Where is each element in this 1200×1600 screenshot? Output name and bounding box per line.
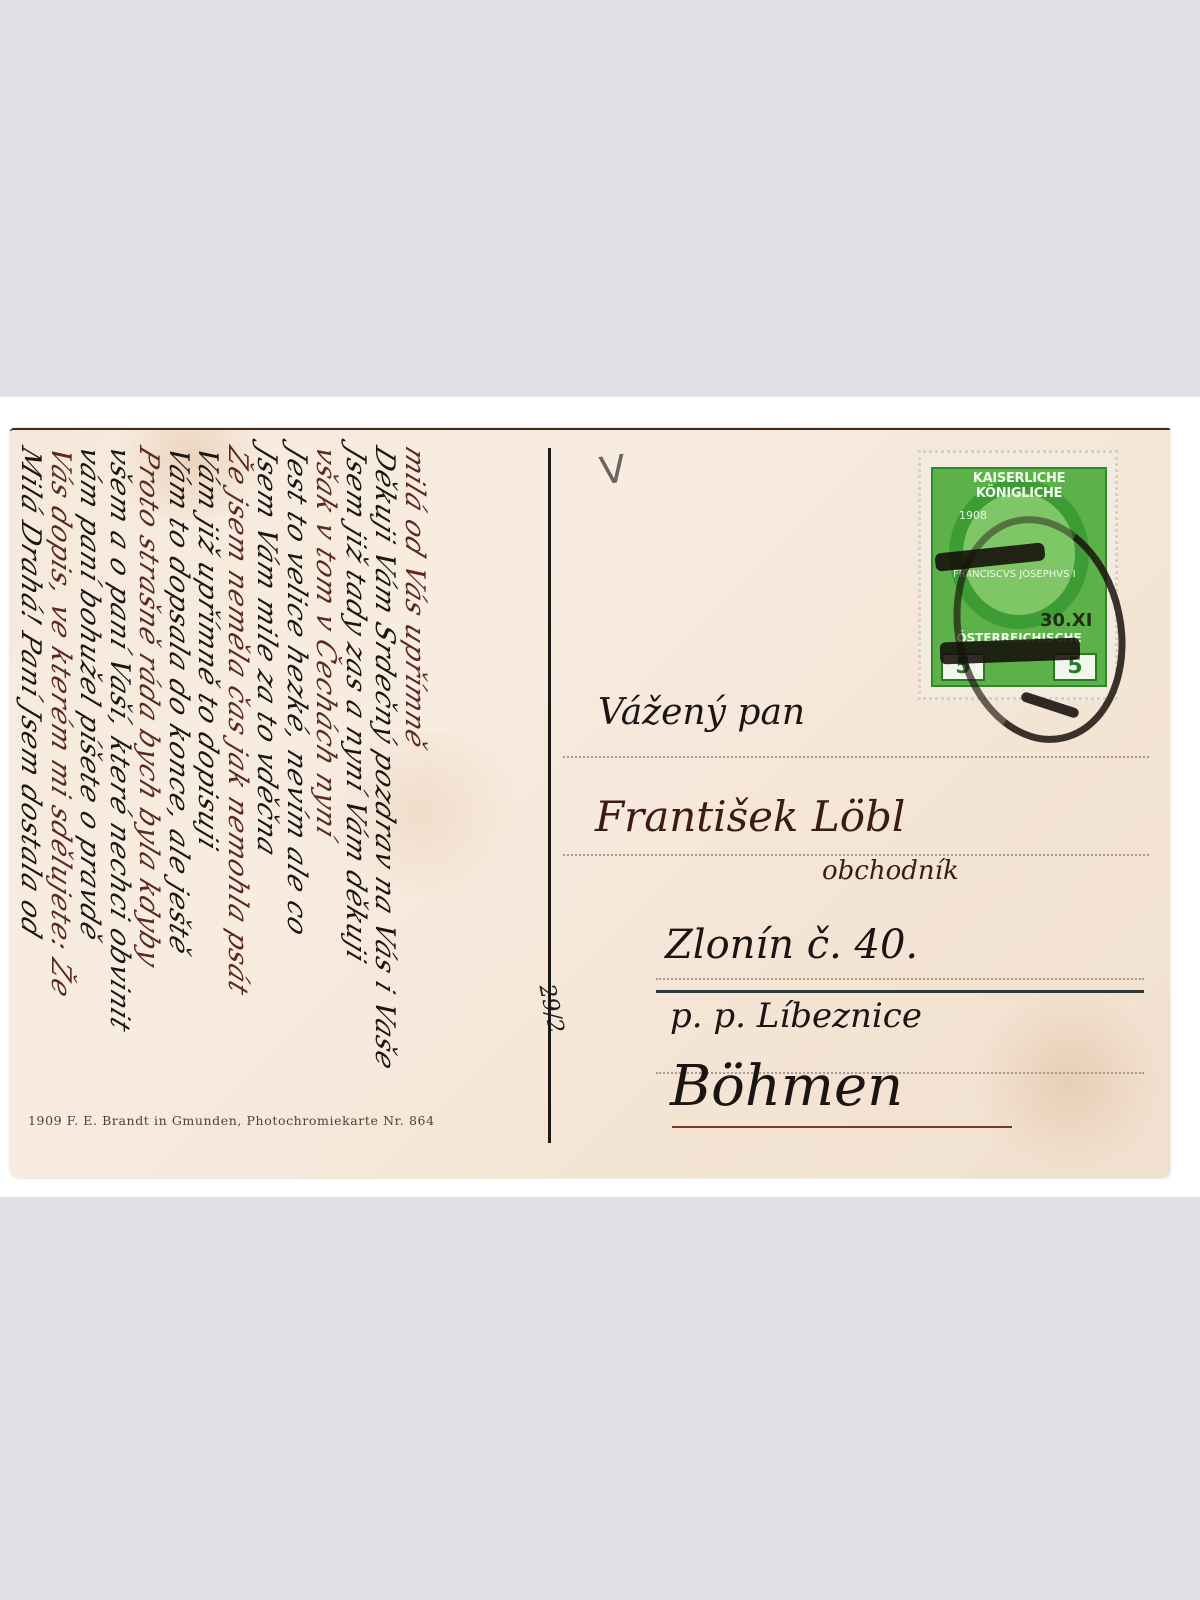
message-line: Vás dopis, ve kterém mi sdělujete: Že <box>46 442 76 1126</box>
stamp-issuer-top: KAISERLICHE KÖNIGLICHE <box>933 471 1105 501</box>
address-country: Böhmen <box>670 1054 903 1119</box>
message-lines: Milá Drahá! Paní Jsem dostala odVás dopi… <box>16 436 531 1126</box>
message-line: Že jsem neměla čas jak nemohla psát <box>223 442 253 1126</box>
address-dotted-line <box>656 978 1144 980</box>
country-underline <box>672 1126 1012 1128</box>
message-line: Jsem Vám mile za to vděčna <box>252 442 282 1126</box>
address-rule <box>656 990 1144 993</box>
message-line: Děkuji Vám Srdečný pozdrav na Vás i Vaše <box>370 442 400 1126</box>
address-name: František Löbl <box>595 792 905 841</box>
address-salutation: Vážený pan <box>598 692 805 733</box>
postmark-date: 30.XI <box>1040 610 1092 631</box>
address-occupation: obchodník <box>822 856 959 886</box>
address-street: Zlonín č. 40. <box>665 922 918 968</box>
stamp-year: 1908 <box>959 509 987 522</box>
handwritten-message: Milá Drahá! Paní Jsem dostala odVás dopi… <box>16 436 531 1126</box>
message-line: Vám to dopsala do konce, ale ještě <box>164 442 194 1126</box>
message-line: Milá Drahá! Paní Jsem dostala od <box>16 442 46 1126</box>
center-divider <box>548 448 551 1143</box>
publisher-imprint: 1909 F. E. Brandt in Gmunden, Photochrom… <box>28 1113 435 1128</box>
address-dotted-line <box>563 756 1149 758</box>
message-line: Vám již upřímně to dopisuji <box>193 442 223 1126</box>
postcard: Milá Drahá! Paní Jsem dostala odVás dopi… <box>10 428 1170 1178</box>
message-line: milá od Vás upřímně <box>400 442 430 1126</box>
message-line: Proto strašně ráda bych byla kdyby <box>134 442 164 1126</box>
handwritten-date: 29/2 <box>534 982 569 1036</box>
message-line: všem a o paní Vaší, které nechci obvinit <box>105 442 135 1126</box>
address-post-office: p. p. Líbeznice <box>670 996 922 1036</box>
message-line: vám paní bohužel píšete o pravdě <box>75 442 105 1126</box>
message-line: Jest to velice hezké, nevím ale co <box>282 442 312 1126</box>
message-line: však v tom v Čechách nyní <box>311 442 341 1126</box>
message-line: Jsem již tady zas a nyní Vám děkuji <box>341 442 371 1126</box>
pencil-mark: V <box>597 446 629 493</box>
paper-stain <box>970 990 1170 1170</box>
